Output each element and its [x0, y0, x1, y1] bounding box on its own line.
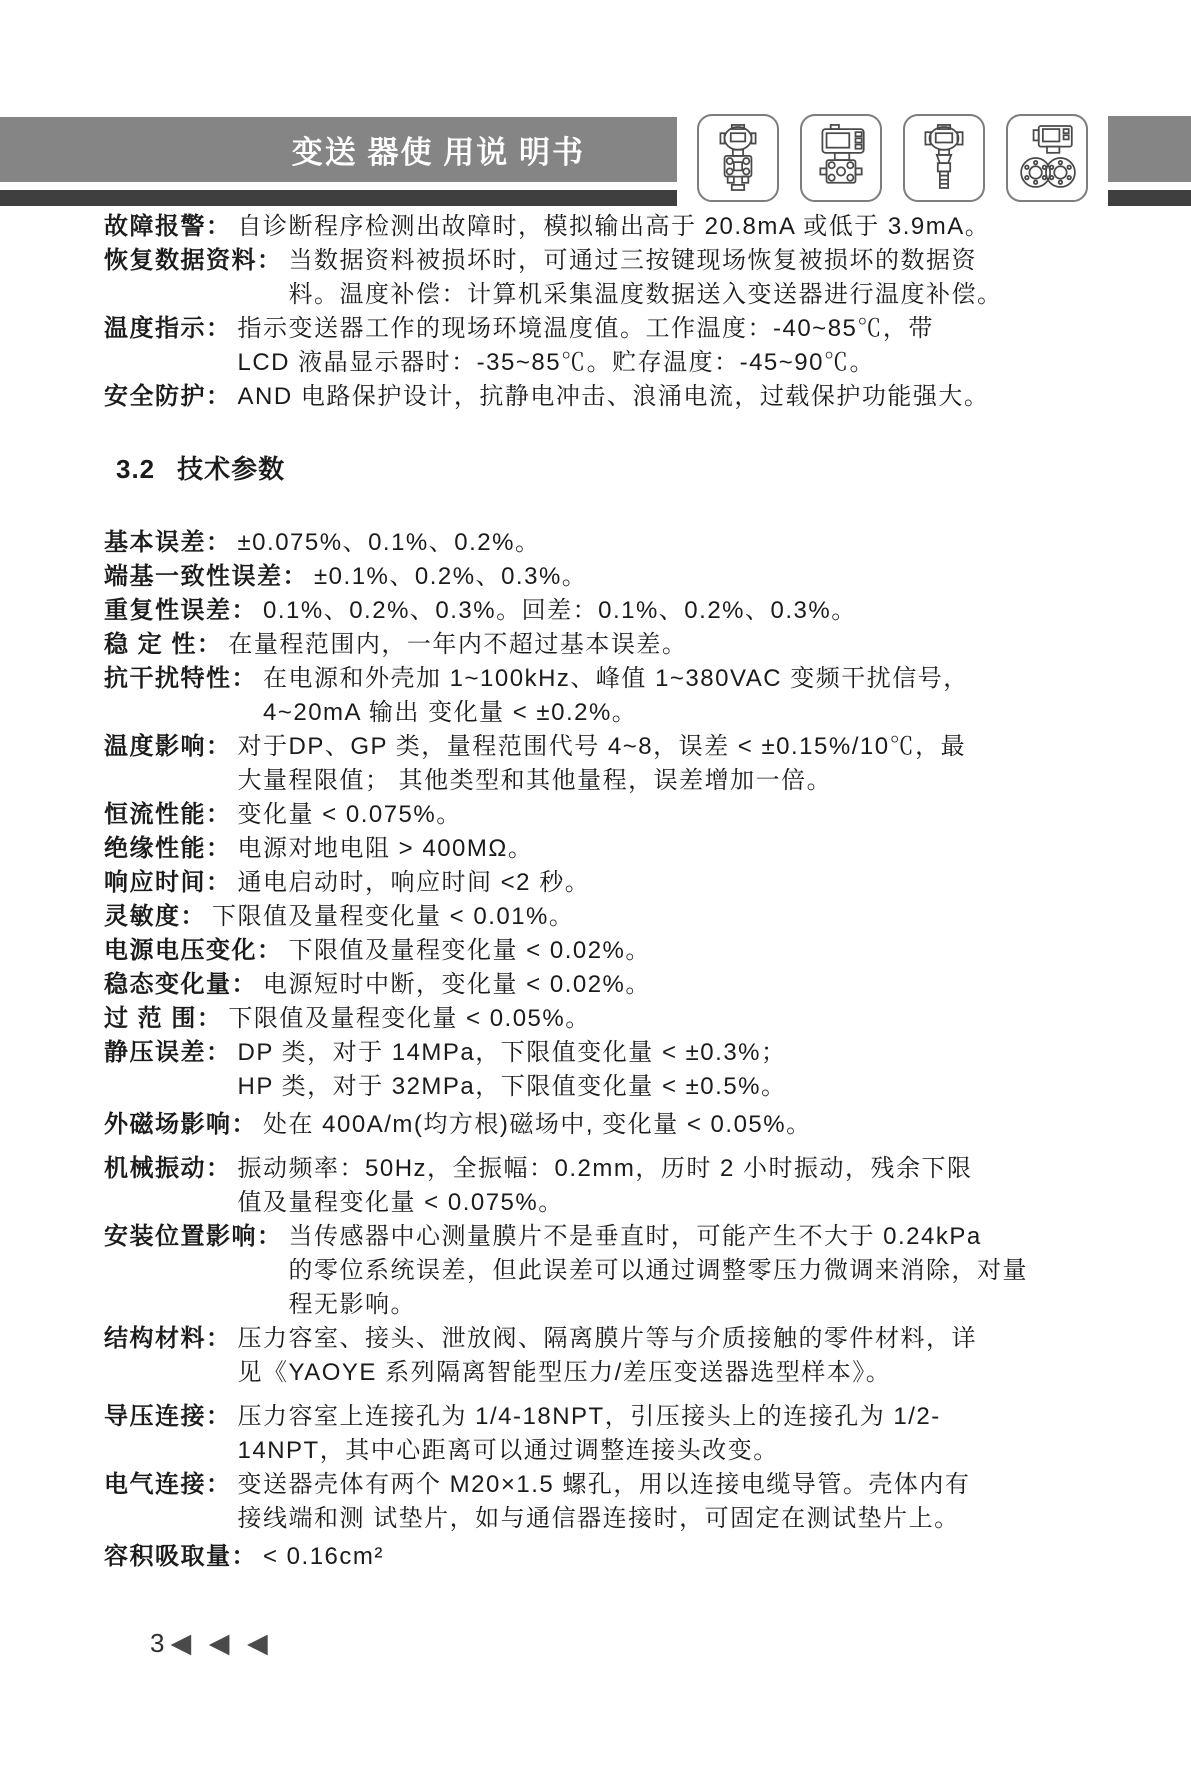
section-title: 技术参数: [177, 454, 285, 484]
spec-text: 指示变送器工作的现场环境温度值。工作温度：-40~85℃，带 LCD 液晶显示器…: [232, 312, 934, 380]
spec-item: 稳态变化量： 电源短时中断，变化量 < 0.02%。: [104, 968, 1104, 1002]
spec-item: 结构材料： 压力容室、接头、泄放阀、隔离膜片等与介质接触的零件材料，详 见《YA…: [104, 1322, 1104, 1390]
spec-label: 稳态变化量：: [104, 968, 257, 1002]
spec-label: 绝缘性能：: [104, 832, 232, 866]
header-rule-left: [0, 190, 677, 206]
title-bar: 变送 器使 用说 明书: [0, 117, 677, 182]
spec-text: 下限值及量程变化量 < 0.02%。: [283, 934, 651, 968]
spec-text: 变化量 < 0.075%。: [232, 798, 462, 832]
spec-text: 在电源和外壳加 1~100kHz、峰值 1~380VAC 变频干扰信号， 4~2…: [257, 662, 969, 730]
spec-text: 当数据资料被损坏时，可通过三按键现场恢复被损坏的数据资 料。温度补偿：计算机采集…: [283, 244, 1003, 312]
spec-item: 导压连接： 压力容室上连接孔为 1/4-18NPT，引压接头上的连接孔为 1/2…: [104, 1400, 1104, 1468]
page-number: 3: [150, 1628, 166, 1659]
spec-text: 电源对地电阻 > 400MΩ。: [232, 832, 534, 866]
spec-label: 恢复数据资料：: [104, 244, 283, 278]
pressure-transmitter-icon: [913, 123, 975, 193]
spec-text: 在量程范围内，一年内不超过基本误差。: [222, 628, 687, 662]
spec-item: 安全防护： AND 电路保护设计，抗静电冲击、浪涌电流，过载保护功能强大。: [104, 380, 1104, 414]
spec-text: 处在 400A/m(均方根)磁场中, 变化量 < 0.05%。: [257, 1108, 812, 1142]
spec-label: 端基一致性误差：: [104, 560, 308, 594]
spec-item: 静压误差： DP 类，对于 14MPa，下限值变化量 < ±0.3%； HP 类…: [104, 1036, 1104, 1104]
spec-text: 变送器壳体有两个 M20×1.5 螺孔，用以连接电缆导管。壳体内有 接线端和测 …: [232, 1468, 971, 1536]
icon-box-1: [697, 114, 779, 202]
spec-item: 响应时间： 通电启动时，响应时间 <2 秒。: [104, 866, 1104, 900]
spec-item: 灵敏度： 下限值及量程变化量 < 0.01%。: [104, 900, 1104, 934]
spec-text: 下限值及量程变化量 < 0.01%。: [206, 900, 574, 934]
spec-item: 过 范 围： 下限值及量程变化量 < 0.05%。: [104, 1002, 1104, 1036]
spec-item: 重复性误差： 0.1%、0.2%、0.3%。回差：0.1%、0.2%、0.3%。: [104, 594, 1104, 628]
spec-item: 绝缘性能： 电源对地电阻 > 400MΩ。: [104, 832, 1104, 866]
section-number: 3.2: [116, 454, 155, 484]
icon-box-3: [903, 114, 985, 202]
spec-text: AND 电路保护设计，抗静电冲击、浪涌电流，过载保护功能强大。: [232, 380, 990, 414]
dual-flange-transmitter-icon: [1016, 123, 1078, 193]
spec-text: ±0.1%、0.2%、0.3%。: [308, 560, 587, 594]
icon-box-2: [800, 114, 882, 202]
header-bar-right: [1108, 116, 1191, 182]
spec-item: 温度影响： 对于DP、GP 类，量程范围代号 4~8，误差 < ±0.15%/1…: [104, 730, 1104, 798]
spec-item: 基本误差： ±0.075%、0.1%、0.2%。: [104, 526, 1104, 560]
icon-box-4: [1006, 114, 1088, 202]
spec-item: 容积吸取量： < 0.16cm²: [104, 1540, 1104, 1574]
spec-label: 灵敏度：: [104, 900, 206, 934]
spec-item: 抗干扰特性： 在电源和外壳加 1~100kHz、峰值 1~380VAC 变频干扰…: [104, 662, 1104, 730]
spec-text: 自诊断程序检测出故障时，模拟输出高于 20.8mA 或低于 3.9mA。: [232, 210, 991, 244]
spec-label: 导压连接：: [104, 1400, 232, 1434]
spec-text: 通电启动时，响应时间 <2 秒。: [232, 866, 591, 900]
dp-transmitter-icon: [707, 123, 769, 193]
spec-label: 稳 定 性：: [104, 628, 222, 662]
spec-label: 抗干扰特性：: [104, 662, 257, 696]
spec-label: 响应时间：: [104, 866, 232, 900]
section-heading: 3.2技术参数: [116, 452, 1104, 486]
spec-text: 对于DP、GP 类，量程范围代号 4~8，误差 < ±0.15%/10℃，最 大…: [232, 730, 967, 798]
spec-label: 静压误差：: [104, 1036, 232, 1070]
spec-item: 电源电压变化： 下限值及量程变化量 < 0.02%。: [104, 934, 1104, 968]
spec-item: 机械振动： 振动频率：50Hz，全振幅：0.2mm，历时 2 小时振动，残余下限…: [104, 1152, 1104, 1220]
spec-text: 0.1%、0.2%、0.3%。回差：0.1%、0.2%、0.3%。: [257, 594, 857, 628]
spec-text: 当传感器中心测量膜片不是垂直时，可能产生不大于 0.24kPa 的零位系统误差，…: [283, 1220, 1029, 1322]
spec-text: DP 类，对于 14MPa，下限值变化量 < ±0.3%； HP 类，对于 32…: [232, 1036, 787, 1104]
spec-label: 容积吸取量：: [104, 1540, 257, 1574]
spec-text: ±0.075%、0.1%、0.2%。: [232, 526, 541, 560]
spec-label: 电气连接：: [104, 1468, 232, 1502]
spec-label: 机械振动：: [104, 1152, 232, 1186]
page-title: 变送 器使 用说 明书: [292, 127, 585, 172]
page-footer: 3 ◀ ◀ ◀: [150, 1628, 273, 1659]
spec-label: 恒流性能：: [104, 798, 232, 832]
spec-item: 恒流性能： 变化量 < 0.075%。: [104, 798, 1104, 832]
spec-label: 电源电压变化：: [104, 934, 283, 968]
spec-item: 稳 定 性： 在量程范围内，一年内不超过基本误差。: [104, 628, 1104, 662]
manual-page: 变送 器使 用说 明书: [0, 0, 1191, 1786]
remote-housing-transmitter-icon: [810, 123, 872, 193]
spec-item: 安装位置影响： 当传感器中心测量膜片不是垂直时，可能产生不大于 0.24kPa …: [104, 1220, 1104, 1322]
spec-text: 压力容室上连接孔为 1/4-18NPT，引压接头上的连接孔为 1/2- 14NP…: [232, 1400, 941, 1468]
spec-label: 重复性误差：: [104, 594, 257, 628]
back-arrows-icon: ◀ ◀ ◀: [170, 1628, 272, 1659]
spec-label: 温度影响：: [104, 730, 232, 764]
spec-label: 结构材料：: [104, 1322, 232, 1356]
spec-text: 下限值及量程变化量 < 0.05%。: [222, 1002, 590, 1036]
manual-body: 故障报警： 自诊断程序检测出故障时，模拟输出高于 20.8mA 或低于 3.9m…: [104, 210, 1104, 1574]
spec-item: 恢复数据资料： 当数据资料被损坏时，可通过三按键现场恢复被损坏的数据资 料。温度…: [104, 244, 1104, 312]
spec-label: 温度指示：: [104, 312, 232, 346]
spec-text: 振动频率：50Hz，全振幅：0.2mm，历时 2 小时振动，残余下限 值及量程变…: [232, 1152, 973, 1220]
spec-item: 外磁场影响： 处在 400A/m(均方根)磁场中, 变化量 < 0.05%。: [104, 1108, 1104, 1142]
spec-label: 安装位置影响：: [104, 1220, 283, 1254]
spec-text: 电源短时中断，变化量 < 0.02%。: [257, 968, 651, 1002]
spec-item: 温度指示： 指示变送器工作的现场环境温度值。工作温度：-40~85℃，带 LCD…: [104, 312, 1104, 380]
spec-label: 安全防护：: [104, 380, 232, 414]
spec-text: < 0.16cm²: [257, 1540, 384, 1574]
spec-item: 电气连接： 变送器壳体有两个 M20×1.5 螺孔，用以连接电缆导管。壳体内有 …: [104, 1468, 1104, 1536]
transmitter-icon-row: [697, 114, 1088, 204]
spec-label: 基本误差：: [104, 526, 232, 560]
header-rule-right: [1108, 190, 1191, 206]
spec-label: 故障报警：: [104, 210, 232, 244]
spec-label: 过 范 围：: [104, 1002, 222, 1036]
spec-item: 端基一致性误差： ±0.1%、0.2%、0.3%。: [104, 560, 1104, 594]
spec-text: 压力容室、接头、泄放阀、隔离膜片等与介质接触的零件材料，详 见《YAOYE 系列…: [232, 1322, 978, 1390]
spec-item: 故障报警： 自诊断程序检测出故障时，模拟输出高于 20.8mA 或低于 3.9m…: [104, 210, 1104, 244]
spec-label: 外磁场影响：: [104, 1108, 257, 1142]
